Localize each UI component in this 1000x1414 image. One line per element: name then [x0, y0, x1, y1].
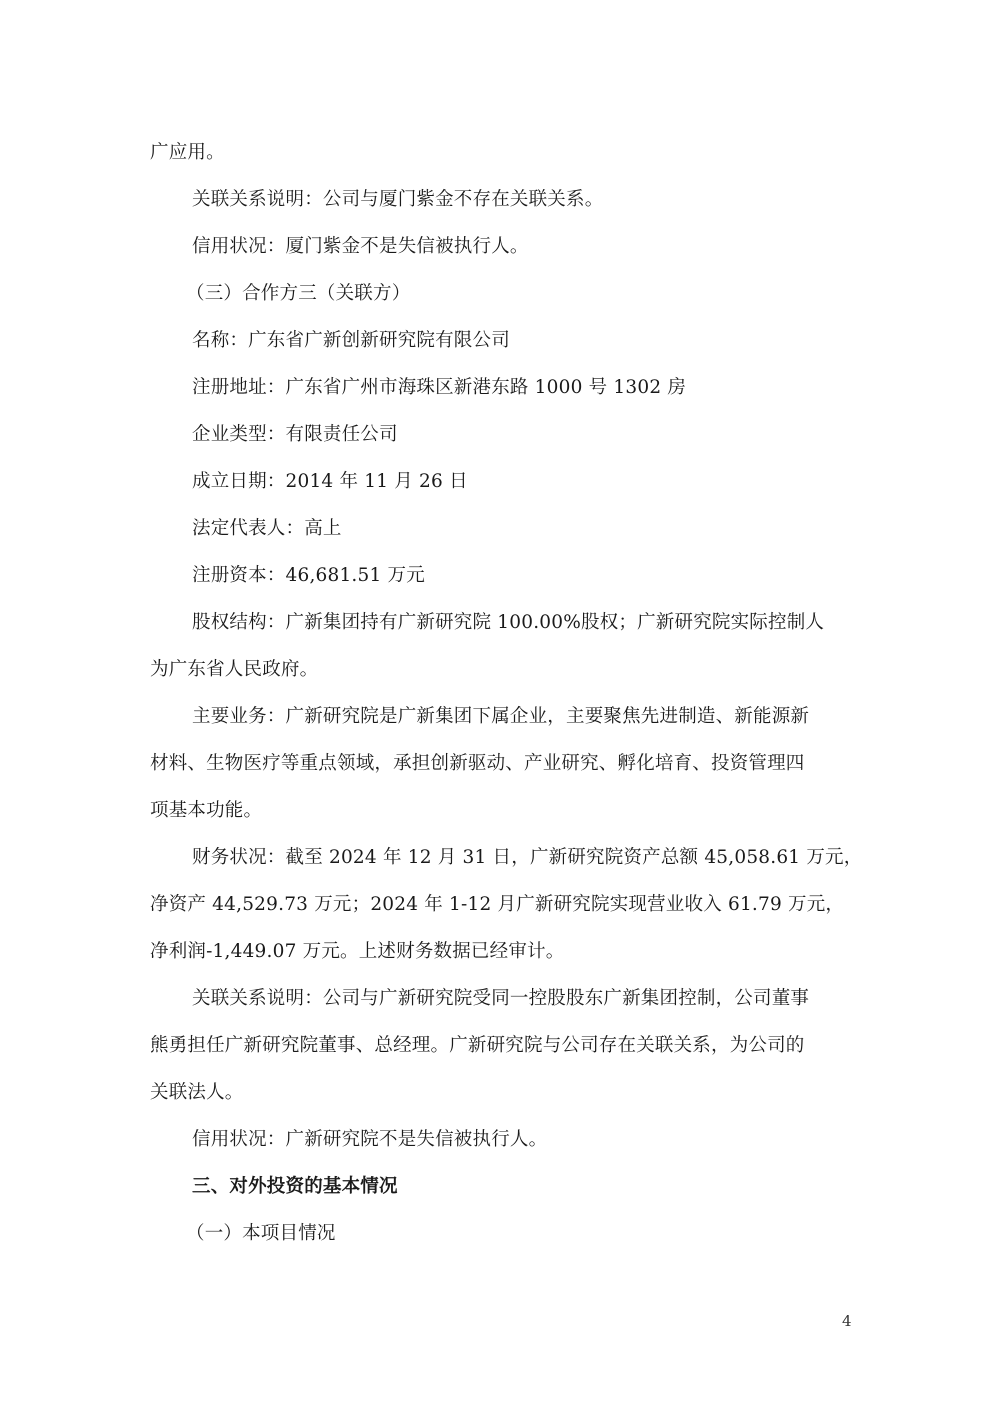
establishment-date: 成立日期：2014 年 11 月 26 日 [192, 471, 902, 493]
credit-status-research-institute: 信用状况：广新研究院不是失信被执行人。 [192, 1129, 902, 1151]
financial-status-line-1: 财务状况：截至 2024 年 12 月 31 日，广新研究院资产总额 45,05… [192, 847, 902, 869]
paragraph-continuation: 广应用。 [150, 142, 860, 164]
section-partner-three-heading: （三）合作方三（关联方） [186, 283, 896, 305]
registered-address: 注册地址：广东省广州市海珠区新港东路 1000 号 1302 房 [192, 377, 902, 399]
page-number: 4 [842, 1312, 852, 1330]
section-three-heading: 三、对外投资的基本情况 [192, 1176, 902, 1198]
main-business-line-2: 材料、生物医疗等重点领域，承担创新驱动、产业研究、孵化培育、投资管理四 [150, 753, 860, 775]
document-page: 广应用。 关联关系说明：公司与厦门紫金不存在关联关系。 信用状况：厦门紫金不是失… [0, 0, 1000, 1414]
financial-status-line-2: 净资产 44,529.73 万元；2024 年 1-12 月广新研究院实现营业收… [150, 894, 860, 916]
related-party-note-line-3: 关联法人。 [150, 1082, 860, 1104]
equity-structure-line-2: 为广东省人民政府。 [150, 659, 860, 681]
equity-structure-line-1: 股权结构：广新集团持有广新研究院 100.00%股权；广新研究院实际控制人 [192, 612, 902, 634]
main-business-line-3: 项基本功能。 [150, 800, 860, 822]
main-business-line-1: 主要业务：广新研究院是广新集团下属企业，主要聚焦先进制造、新能源新 [192, 706, 902, 728]
company-name: 名称：广东省广新创新研究院有限公司 [192, 330, 902, 352]
registered-capital: 注册资本：46,681.51 万元 [192, 565, 902, 587]
enterprise-type: 企业类型：有限责任公司 [192, 424, 902, 446]
financial-status-line-3: 净利润-1,449.07 万元。上述财务数据已经审计。 [150, 941, 860, 963]
related-party-note-line-1: 关联关系说明：公司与广新研究院受同一控股股东广新集团控制，公司董事 [192, 988, 902, 1010]
related-party-note-line-2: 熊勇担任广新研究院董事、总经理。广新研究院与公司存在关联关系，为公司的 [150, 1035, 860, 1057]
related-party-note-xiamen-zijin: 关联关系说明：公司与厦门紫金不存在关联关系。 [192, 189, 902, 211]
legal-representative: 法定代表人：高上 [192, 518, 902, 540]
subsection-one-heading: （一）本项目情况 [186, 1223, 896, 1245]
credit-status-xiamen-zijin: 信用状况：厦门紫金不是失信被执行人。 [192, 236, 902, 258]
